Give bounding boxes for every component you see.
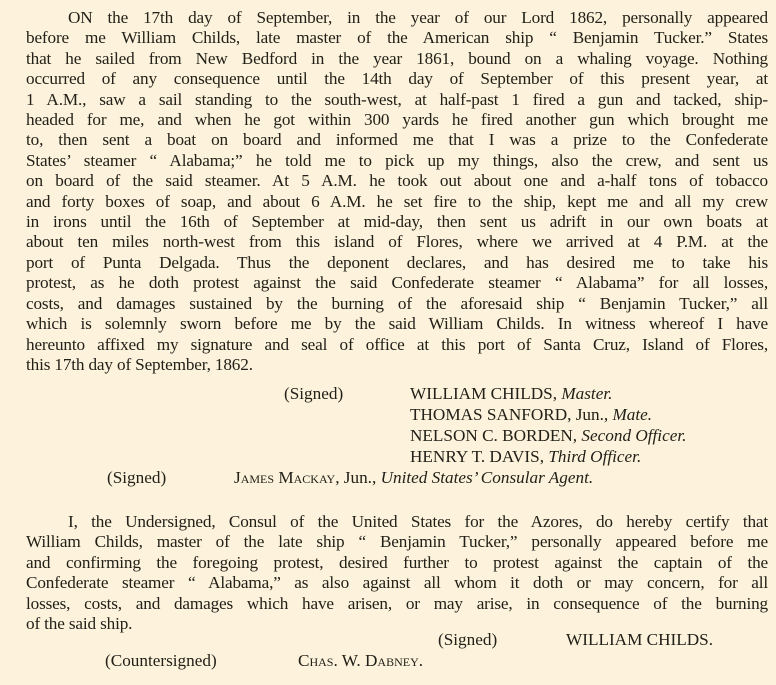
text-line: and confirming the foregoing protest, de… — [26, 553, 768, 573]
signatory: HENRY T. DAVIS, Third Officer. — [410, 447, 641, 467]
signatory-title: Second Officer. — [581, 426, 686, 445]
document-page: ON the 17th day of September, in the yea… — [0, 0, 776, 685]
final-signatory-name: WILLIAM CHILDS. — [566, 630, 713, 650]
agent-name: James Mackay — [234, 468, 335, 487]
signatory-name: THOMAS SANFORD, Jun., — [410, 405, 608, 424]
text-line: ON the 17th day of September, in the yea… — [26, 8, 768, 28]
text-line: States’ steamer “ Alabama;” he told me t… — [26, 151, 768, 171]
text-line: that he sailed from New Bedford in the y… — [26, 49, 768, 69]
signatory: NELSON C. BORDEN, Second Officer. — [410, 426, 686, 446]
countersignatory-name: Chas. W. Dabney. — [298, 651, 423, 671]
signed-label: (Signed) — [284, 384, 343, 404]
signatory: THOMAS SANFORD, Jun., Mate. — [410, 405, 652, 425]
countersigned-label: (Countersigned) — [105, 651, 217, 671]
agent-suffix: , Jun., — [335, 468, 376, 487]
signatory: WILLIAM CHILDS, Master. — [410, 384, 612, 404]
text-line: port of Punta Delgada. Thus the deponent… — [26, 253, 768, 273]
agent-title: United States’ Consular Agent. — [381, 468, 594, 487]
signatory-title: Third Officer. — [548, 447, 641, 466]
signed-label: (Signed) — [438, 630, 497, 650]
signed-label: (Signed) — [107, 468, 166, 488]
text-line: losses, costs, and damages which have ar… — [26, 594, 768, 614]
text-line: in irons until the 16th of September at … — [26, 212, 768, 232]
text-line: on board of the said steamer. At 5 A.M. … — [26, 171, 768, 191]
text-line: 1 A.M., saw a sail standing to the south… — [26, 90, 768, 110]
text-line: headed for me, and when he got within 30… — [26, 110, 768, 130]
text-line: before me William Childs, late master of… — [26, 28, 768, 48]
text-line: Confederate steamer “ Alabama,” as also … — [26, 573, 768, 593]
text-line: which is solemnly sworn before me by the… — [26, 314, 768, 334]
text-line: occurred of any consequence until the 14… — [26, 69, 768, 89]
signatory-title: Master. — [561, 384, 612, 403]
consul-paragraph: I, the Undersigned, Consul of the United… — [26, 512, 768, 634]
text-line: protest, as he doth protest against the … — [26, 273, 768, 293]
text-line: about ten miles north-west from this isl… — [26, 232, 768, 252]
signatory-name: NELSON C. BORDEN, — [410, 426, 577, 445]
signatory-name: WILLIAM CHILDS, — [410, 384, 557, 403]
text-line: this 17th day of September, 1862. — [26, 355, 768, 375]
text-line: I, the Undersigned, Consul of the United… — [26, 512, 768, 532]
text-line: and forty boxes of soap, and about 6 A.M… — [26, 192, 768, 212]
signatory-name: HENRY T. DAVIS, — [410, 447, 544, 466]
text-line: to, then sent a boat on board and inform… — [26, 130, 768, 150]
agent-signatory: James Mackay, Jun., United States’ Consu… — [234, 468, 593, 488]
text-line: hereunto affixed my signature and seal o… — [26, 335, 768, 355]
protest-paragraph: ON the 17th day of September, in the yea… — [26, 8, 768, 375]
text-line: costs, and damages sustained by the burn… — [26, 294, 768, 314]
text-line: William Childs, master of the late ship … — [26, 532, 768, 552]
signatory-title: Mate. — [612, 405, 652, 424]
